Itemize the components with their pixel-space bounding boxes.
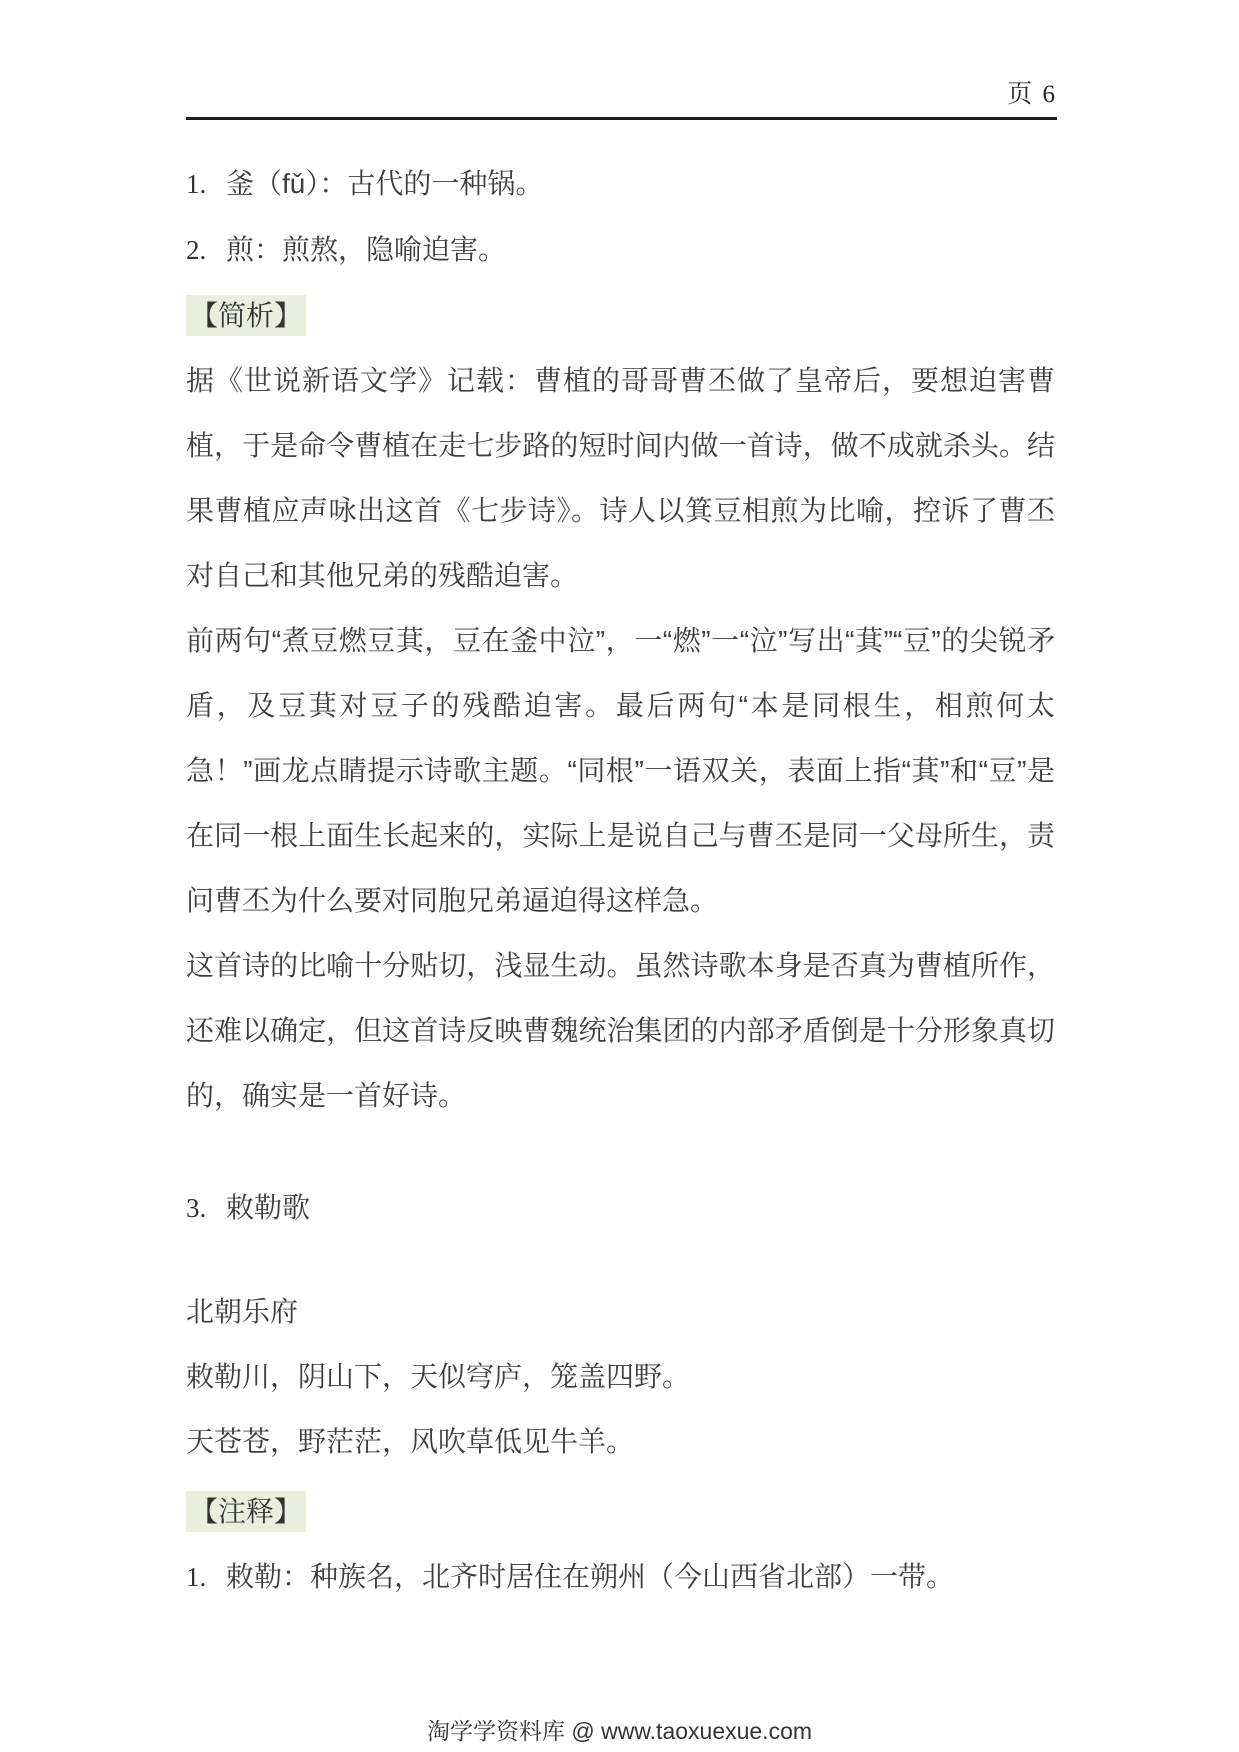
poem-source: 北朝乐府: [186, 1279, 1055, 1344]
note-item-number: 1.: [186, 1545, 226, 1610]
poem-heading-title: 敕勒歌: [226, 1192, 310, 1223]
jianxi-tag: 【简析】: [186, 295, 306, 336]
section-tag-line: 【注释】: [186, 1479, 1055, 1544]
analysis-paragraph: 据《世说新语文学》记载：曹植的哥哥曹丕做了皇帝后，要想迫害曹植，于是命令曹植在走…: [186, 348, 1055, 608]
list-item-text: 煎：煎熬，隐喻迫害。: [226, 234, 506, 265]
list-item-text: 釜（fǔ）：古代的一种锅。: [226, 168, 543, 199]
poem-heading: 3.敕勒歌: [186, 1175, 1055, 1241]
note-item-text: 敕勒：种族名，北齐时居住在朔州（今山西省北部）一带。: [226, 1561, 954, 1592]
footer-watermark: 淘学学资料库 @ www.taoxuexue.com: [0, 1716, 1239, 1746]
list-item-number: 1.: [186, 152, 226, 217]
note-item: 1.敕勒：种族名，北齐时居住在朔州（今山西省北部）一带。: [186, 1544, 1055, 1610]
analysis-paragraph: 这首诗的比喻十分贴切，浅显生动。虽然诗歌本身是否真为曹植所作，还难以确定，但这首…: [186, 933, 1055, 1128]
analysis-paragraph: 前两句“煮豆燃豆萁，豆在釜中泣”，一“燃”一“泣”写出“萁”“豆”的尖锐矛盾，及…: [186, 608, 1055, 933]
page-content: 1.釜（fǔ）：古代的一种锅。 2.煎：煎熬，隐喻迫害。 【简析】 据《世说新语…: [186, 118, 1055, 1610]
list-item-number: 2.: [186, 218, 226, 283]
poem-line: 天苍苍，野茫茫，风吹草低见牛羊。: [186, 1409, 1055, 1474]
page-number: 页 6: [186, 82, 1057, 108]
list-item: 2.煎：煎熬，隐喻迫害。: [186, 217, 1055, 283]
document-page: 页 6 1.釜（fǔ）：古代的一种锅。 2.煎：煎熬，隐喻迫害。 【简析】 据《…: [0, 0, 1239, 1752]
poem-heading-number: 3.: [186, 1176, 226, 1241]
section-tag-line: 【简析】: [186, 283, 1055, 348]
list-item: 1.釜（fǔ）：古代的一种锅。: [186, 151, 1055, 217]
poem-line: 敕勒川，阴山下，天似穹庐，笼盖四野。: [186, 1344, 1055, 1409]
zhushi-tag: 【注释】: [186, 1491, 306, 1532]
